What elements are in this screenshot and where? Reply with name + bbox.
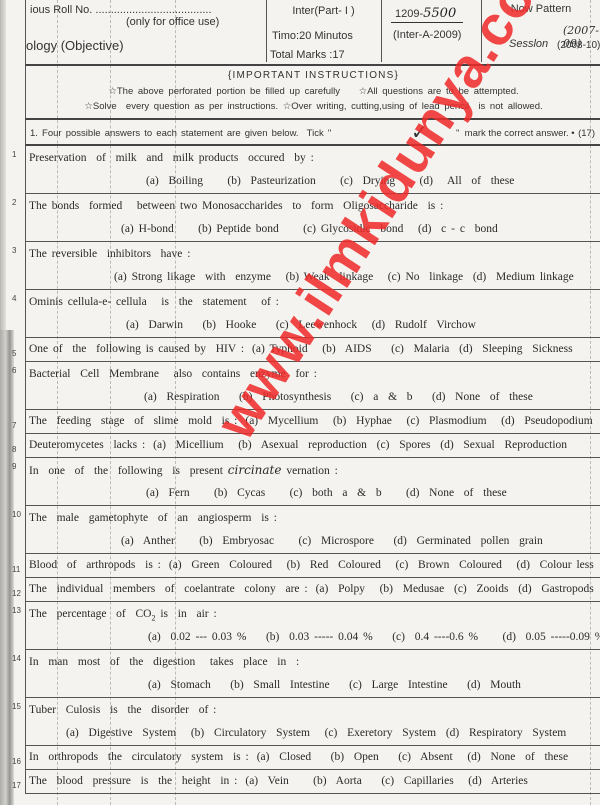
question-item: 13The percentage of CO2 is in air :(a) 0…: [25, 602, 600, 650]
question-number: 8: [12, 438, 24, 452]
answer-options[interactable]: (a) Strong likage with enzyme (b) Weak l…: [26, 266, 600, 289]
question-number: 9: [12, 462, 24, 476]
question-heading-text-after: " mark the correct answer. •: [456, 128, 575, 139]
question-item: 5One of the following is caused by HIV :…: [25, 338, 600, 362]
answer-options[interactable]: (a) H-bond (b) Peptide bond (c) Glycosid…: [26, 218, 600, 241]
answer-options[interactable]: (a) Anther (b) Embryosac (c) Microspore …: [26, 530, 600, 553]
question-text: The reversible inhibitors have :: [29, 248, 190, 260]
question-text: Bacterial Cell Membrane also contains en…: [29, 368, 317, 380]
subject-title: ology (Objective): [26, 38, 124, 53]
answer-options[interactable]: (a) Fern (b) Cycas (c) both a & b (d) No…: [26, 482, 600, 505]
header-info-cell: Inter(Part- I ) Timo:20 Minutos Total Ma…: [266, 0, 382, 62]
question-marks: (17): [578, 128, 595, 139]
question-stem: In one of the following is present circi…: [26, 458, 600, 482]
question-stem: The percentage of CO2 is in air :: [26, 602, 600, 626]
office-use-note: (only for office use): [126, 16, 219, 28]
answer-options[interactable]: (a) 0.02 --- 0.03 % (b) 0.03 ----- 0.04 …: [26, 626, 600, 649]
question-number: 16: [12, 750, 24, 764]
question-number: 12: [12, 582, 24, 596]
question-number: 11: [12, 558, 24, 572]
question-number: 15: [12, 702, 24, 716]
instructions-title: {IMPORTANT INSTRUCTIONS}: [26, 70, 600, 81]
roll-number-field: ious Roll No. ..........................…: [30, 4, 212, 16]
answer-options[interactable]: (a) Polpy (b) Medusae (c) Zooids (d) Gas…: [308, 583, 594, 595]
question-item: 7The feeding stage of slime mold is :(a)…: [25, 410, 600, 434]
question-item: 11Blood of arthropods is :(a) Green Colo…: [25, 554, 600, 578]
question-text: The percentage of CO: [29, 608, 151, 620]
question-text: In man most of the digestion takes place…: [29, 656, 299, 668]
question-stem: The blood pressure is the height in :: [26, 775, 237, 787]
question-stem: Blood of arthropods is :: [26, 559, 161, 571]
question-text: One of the following is caused by HIV :: [29, 343, 244, 355]
question-item: 16In orthropods the circulatory system i…: [25, 746, 600, 770]
question-number: 10: [12, 510, 24, 524]
question-item: 3The reversible inhibitors have :(a) Str…: [25, 242, 600, 290]
paper-header: ious Roll No. ..........................…: [25, 0, 600, 66]
paper-code: 1209-5500: [395, 6, 456, 21]
question-heading-text: 1. Four possible answers to each stateme…: [30, 128, 331, 139]
code-underline: [391, 22, 463, 23]
answer-options[interactable]: (a) Darwin (b) Hooke (c) Leewenhock (d) …: [26, 314, 600, 337]
question-text-after: is in air :: [160, 608, 216, 620]
time-label: Timo:20 Minutos: [272, 30, 353, 42]
question-item: 15Tuber Culosis is the disorder of :(a) …: [25, 698, 600, 746]
question-stem: The male gametophyte of an angiosperm is…: [26, 506, 600, 530]
question-number: 17: [12, 774, 24, 788]
question-number: 6: [12, 366, 24, 380]
answer-options[interactable]: (a) Mycellium (b) Hyphae (c) Plasmodium …: [237, 415, 592, 427]
question-text: Deuteromycetes lacks :: [29, 439, 145, 451]
question-stem: Deuteromycetes lacks :: [26, 439, 145, 451]
answer-options[interactable]: (a) Closed (b) Open (c) Absent (d) None …: [249, 751, 568, 763]
question-item: 17The blood pressure is the height in :(…: [25, 770, 600, 794]
question-text: In one of the following is present: [29, 465, 223, 477]
question-number: 13: [12, 606, 24, 620]
question-text: Ominis cellula-e- cellula is the stateme…: [29, 296, 279, 308]
question-heading: 1. Four possible answers to each stateme…: [25, 120, 600, 146]
question-item: 1Preservation of milk and milk products …: [25, 146, 600, 194]
question-stem: Tuber Culosis is the disorder of :: [26, 698, 600, 722]
question-text: In orthropods the circulatory system is …: [29, 751, 249, 763]
answer-options[interactable]: (a) Vein (b) Aorta (c) Capillaries (d) A…: [237, 775, 528, 787]
question-item: 6Bacterial Cell Membrane also contains e…: [25, 362, 600, 410]
question-item: 12The individual members of coelantrate …: [25, 578, 600, 602]
instructions-line-1: ☆The above perforated portion be filled …: [26, 86, 600, 97]
question-stem: The reversible inhibitors have :: [26, 242, 600, 266]
paper-code-printed: 1209-: [395, 8, 423, 20]
question-text: The bonds formed between two Monosacchar…: [29, 200, 443, 212]
question-stem: One of the following is caused by HIV :: [26, 343, 244, 355]
question-item: 14In man most of the digestion takes pla…: [25, 650, 600, 698]
answer-options[interactable]: (a) Micellium (b) Asexual reproduction (…: [145, 439, 567, 451]
question-text: Blood of arthropods is :: [29, 559, 161, 571]
question-stem: Bacterial Cell Membrane also contains en…: [26, 362, 600, 386]
question-number: 1: [12, 150, 24, 164]
answer-options[interactable]: (a) Boiling (b) Pasteurization (c) Dryin…: [26, 170, 600, 193]
exam-paper: ious Roll No. ..........................…: [0, 0, 600, 805]
questions-list: 1Preservation of milk and milk products …: [25, 146, 600, 794]
level-label: Inter(Part- I ): [266, 5, 381, 17]
question-item: 9In one of the following is present circ…: [25, 458, 600, 506]
answer-options[interactable]: (a) Green Coloured (b) Red Coloured (c) …: [161, 559, 594, 571]
question-item: 8Deuteromycetes lacks :(a) Micellium (b)…: [25, 434, 600, 458]
question-text: The male gametophyte of an angiosperm is…: [29, 512, 277, 524]
question-text: The individual members of coelantrate co…: [29, 583, 308, 595]
question-number: 5: [12, 342, 24, 356]
question-stem: In man most of the digestion takes place…: [26, 650, 600, 674]
answer-options[interactable]: (a) Typhoid (b) AIDS (c) Malaria (d) Sle…: [244, 343, 573, 355]
question-number: 7: [12, 414, 24, 428]
question-stem: In orthropods the circulatory system is …: [26, 751, 249, 763]
header-code-cell: 1209-5500 (Inter-A-2009): [381, 0, 482, 62]
question-stem: Ominis cellula-e- cellula is the stateme…: [26, 290, 600, 314]
question-number: 2: [12, 198, 24, 212]
paper-edge: [0, 0, 6, 330]
question-item: 2The bonds formed between two Monosaccha…: [25, 194, 600, 242]
pattern-label: Now Pattern: [481, 3, 600, 15]
subscript: 2: [151, 613, 155, 622]
session-value: (2008-10): [557, 40, 600, 51]
question-stem: Preservation of milk and milk products o…: [26, 146, 600, 170]
question-text: Tuber Culosis is the disorder of :: [29, 704, 216, 716]
question-stem: The bonds formed between two Monosacchar…: [26, 194, 600, 218]
question-number: 4: [12, 294, 24, 308]
question-number: 14: [12, 654, 24, 668]
question-item: 4Ominis cellula-e- cellula is the statem…: [25, 290, 600, 338]
instructions-line-2: ☆Solve every question as per instruction…: [26, 101, 600, 112]
paper-code-handwritten: 5500: [423, 6, 456, 21]
question-item: 10The male gametophyte of an angiosperm …: [25, 506, 600, 554]
question-number: 3: [12, 246, 24, 260]
question-text: Preservation of milk and milk products o…: [29, 152, 314, 164]
question-text: The feeding stage of slime mold is :: [29, 415, 237, 427]
question-text: The blood pressure is the height in :: [29, 775, 237, 787]
answer-options[interactable]: (a) Stomach (b) Small Intestine (c) Larg…: [26, 674, 600, 697]
question-stem: The individual members of coelantrate co…: [26, 583, 308, 595]
total-marks-label: Total Marks :17: [270, 49, 345, 61]
tick-mark-icon: ✓: [411, 120, 428, 145]
question-text-after: vernation :: [286, 465, 338, 477]
instructions-box: {IMPORTANT INSTRUCTIONS} ☆The above perf…: [25, 66, 600, 120]
answer-options[interactable]: (a) Respiration (b) Photosynthesis (c) a…: [26, 386, 600, 409]
answer-options[interactable]: (a) Digestive System (b) Circulatory Sys…: [26, 722, 600, 745]
paper-subcode: (Inter-A-2009): [393, 29, 461, 41]
question-stem: The feeding stage of slime mold is :: [26, 415, 237, 427]
session-label: Sesslon: [509, 38, 548, 50]
handwritten-answer: circinate: [228, 463, 282, 477]
header-session-cell: Now Pattern (2007-09) Sesslon (2008-10): [481, 0, 600, 62]
header-roll-cell: ious Roll No. ..........................…: [26, 0, 267, 62]
